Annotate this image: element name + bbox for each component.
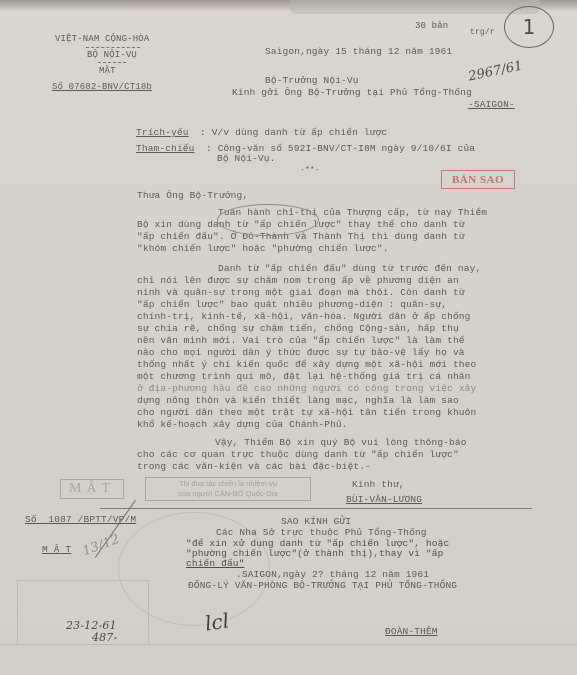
paragraph-line: "ấp chiến lược" bao quát nhiều phương-di… — [137, 299, 447, 310]
sender: Bộ-Trưởng Nội-Vụ — [265, 75, 359, 86]
paragraph-line: dựng nông thôn và kiến thiết làng mạc, n… — [137, 395, 459, 406]
header-ministry: BỘ NỘI-VỤ — [87, 50, 137, 61]
subject-text: : V/v dùng danh từ ấp chiến lược — [200, 127, 387, 138]
paragraph-line: Danh từ "ấp chiến đấu" dùng từ trước đến… — [218, 263, 481, 274]
paragraph-line: cho các cơ quan trực thuộc dùng danh từ … — [137, 449, 459, 460]
circled-number: 1 — [504, 6, 554, 48]
recipient: Kính gởi Ông Bộ-Trưởng tại Phủ Tổng-Thốn… — [232, 87, 472, 98]
paragraph-line: nền văn minh mới. Vai trò của "ấp chiến … — [137, 335, 465, 346]
paragraph-line: ninh và quân-sự trong một giai đoạn mà t… — [137, 287, 465, 298]
paragraph-line: "ấp chiến đấu". Ở Đô-Thành và Thành Thị … — [137, 231, 465, 242]
paragraph-line: trong các văn-kiện và các bài đặc-biệt.- — [137, 461, 371, 472]
document-page: VIỆT-NAM CỘNG-HÒA BỘ NỘI-VỤ MẬT Số 07682… — [0, 0, 577, 675]
paragraph-line: một chương trình qui mô, đặt lại hệ-thốn… — [137, 371, 471, 382]
section-divider — [100, 508, 532, 509]
receipt-number: 487- — [92, 632, 117, 643]
closing: Kính thư, — [352, 479, 405, 490]
header-country: VIỆT-NAM CỘNG-HÒA — [55, 34, 149, 45]
receipt-stamp — [17, 580, 149, 645]
paragraph-line: "khóm chiến lược" hoặc "phường chiến lượ… — [137, 243, 389, 254]
paragraph-line: chính-trị, kinh-tế, xã-hội, văn-hóa. Ngư… — [137, 311, 471, 322]
paragraph-line: nào cho mọi người dân ý thức được sự tự … — [137, 347, 465, 358]
forwarding-recipients: Các Nha Sở trực thuộc Phủ Tổng-Thống — [216, 527, 427, 538]
forwarding-number: Số 1087 /BPTT/VP/M — [25, 514, 136, 525]
header-divider-2 — [98, 62, 126, 63]
forwarding-classification: M Ậ T — [42, 544, 71, 555]
header-reference-number: Số 07682-BNV/CT18b — [52, 82, 152, 93]
signatory: BÙI-VĂN-LƯƠNG — [346, 494, 422, 505]
slogan-line-2: của người CÁN-BỘ Quốc-Gia — [146, 489, 310, 499]
slogan-line-1: Thi đua tác chiến là nhiệm-vụ — [146, 479, 310, 489]
forwarding-title: SAO KÍNH GỬI — [281, 516, 351, 527]
paragraph-line: khổ kế-hoạch xây dựng của Chánh-Phủ. — [137, 419, 348, 430]
page-ref: trg/r — [470, 27, 495, 38]
forwarding-date: .SAIGON,ngày 2? tháng 12 năm 1961 — [236, 569, 429, 580]
recipient-city: -SAIGON- — [468, 99, 515, 110]
subject-label: Trích-yếu — [136, 127, 189, 138]
paragraph-line: chỉ nói lên được sự chăm nom trong ấp về… — [137, 275, 459, 286]
reference-separator: -**- — [300, 165, 320, 176]
copy-stamp: BẢN SAO — [441, 170, 515, 189]
paper-tab-cut — [290, 0, 540, 14]
reference-line-2: Bộ Nội-Vụ. — [217, 153, 276, 164]
reference-label: Tham-chiếu — [136, 143, 195, 154]
copies-count: 30 bản — [415, 21, 448, 32]
header-divider — [86, 47, 140, 48]
paper-bottom-edge — [0, 644, 577, 645]
paragraph-line: thống nhất ý chí kiến quốc để xây dựng m… — [137, 359, 476, 370]
forwarding-note-line-3: chiến đấu" — [186, 558, 245, 569]
handwritten-registry-number: 2967/61 — [467, 60, 523, 82]
paragraph-line: Vậy, Thiểm Bộ xin quý Bộ vui lòng thông-… — [215, 437, 467, 448]
paragraph-line: ở địa-phương hầu đề cao những người có c… — [137, 383, 476, 394]
receipt-date: 23-12-61 — [66, 620, 117, 631]
paragraph-line: cho người dân theo một trật tự xã-hội tâ… — [137, 407, 476, 418]
handwritten-margin-note: 13/12 — [81, 534, 121, 557]
slogan-stamp: Thi đua tác chiến là nhiệm-vụ của người … — [145, 477, 311, 501]
classification-stamp: MẬT — [60, 479, 124, 499]
date-line: Saigon,ngày 15 tháng 12 năm 1961 — [265, 46, 452, 57]
paragraph-line: sự chia rẽ, chống sự chậm tiến, chống Cộ… — [137, 323, 459, 334]
header-classification: MẬT — [99, 66, 116, 77]
handwritten-signature: lcl — [203, 608, 230, 635]
handwritten-circle-mark — [217, 204, 319, 236]
forwarding-office: ĐỔNG-LÝ VĂN-PHÒNG BỘ-TRƯỞNG TẠI PHỦ TỔNG… — [188, 580, 457, 591]
salutation: Thưa Ông Bộ-Trưởng, — [137, 190, 248, 201]
forwarding-signatory: ĐOÀN-THÊM — [385, 626, 438, 637]
